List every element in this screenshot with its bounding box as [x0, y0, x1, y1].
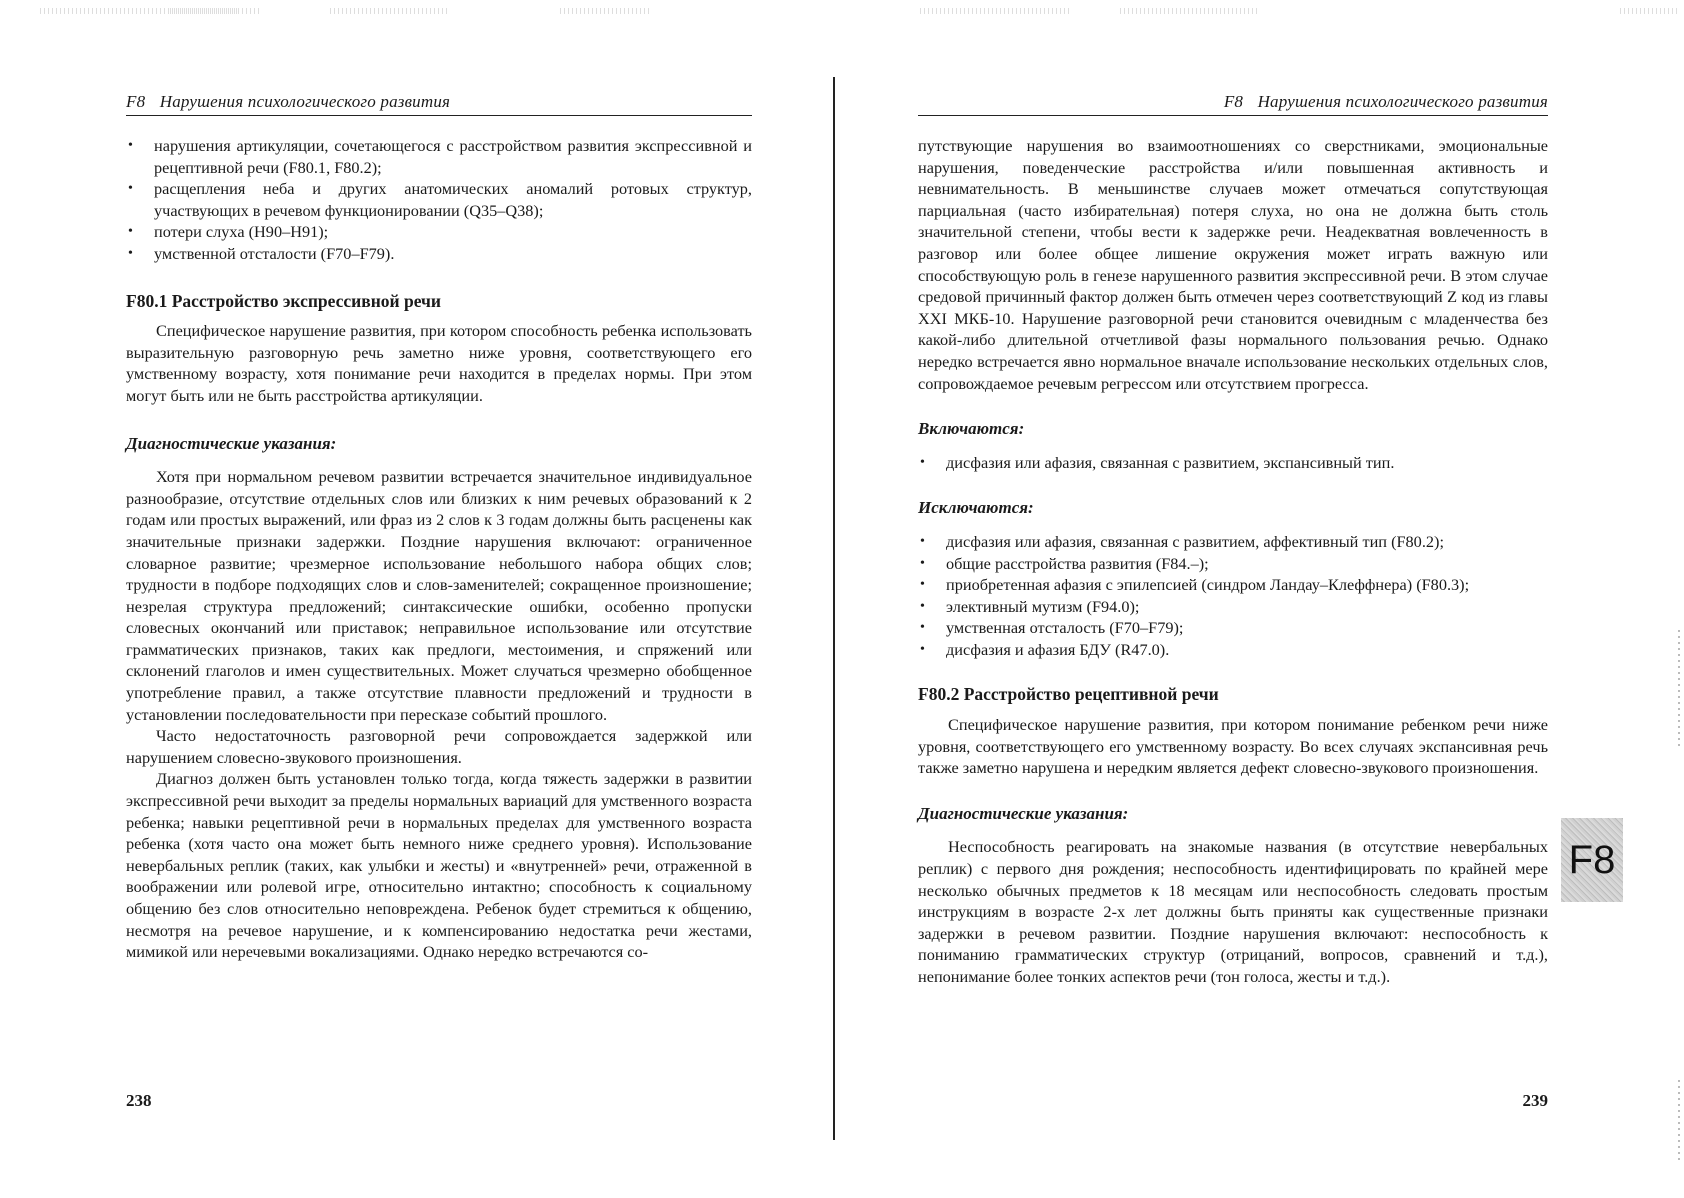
diagnostic-heading: Диагностические указания: — [126, 433, 752, 455]
scan-noise — [1120, 8, 1260, 14]
chapter-thumb-tab: F8 — [1561, 818, 1623, 902]
page-number: 238 — [126, 1091, 152, 1111]
list-item: общие расстройства развития (F84.–); — [918, 553, 1548, 575]
scan-noise — [170, 8, 260, 14]
section-heading-f80-1: F80.1 Расстройство экспрессивной речи — [126, 291, 752, 313]
chapter-title: Нарушения психологического развития — [1258, 92, 1548, 111]
list-item: потери слуха (H90–H91); — [126, 221, 752, 243]
running-head: F8 Нарушения психологического развития — [126, 92, 752, 116]
diagnostic-paragraph: Диагноз должен быть установлен только то… — [126, 768, 752, 962]
list-item: дисфазия или афазия, связанная с развити… — [918, 531, 1548, 553]
diagnostic-heading: Диагностические указания: — [918, 803, 1548, 825]
list-item: элективный мутизм (F94.0); — [918, 596, 1548, 618]
page-edge — [1678, 630, 1680, 750]
section-paragraph: Специфическое нарушение развития, при ко… — [126, 320, 752, 406]
scan-noise — [560, 8, 650, 14]
scan-noise — [920, 8, 1070, 14]
list-item: расщепления неба и других анатомических … — [126, 178, 752, 221]
book-spine-gutter — [833, 77, 835, 1140]
page-edge — [1678, 1080, 1680, 1160]
chapter-title: Нарушения психологического развития — [160, 92, 450, 111]
running-head: F8 Нарушения психологического развития — [918, 92, 1548, 116]
section-heading-f80-2: F80.2 Расстройство рецептивной речи — [918, 684, 1548, 706]
list-item: приобретенная афазия с эпилепсией (синдр… — [918, 574, 1548, 596]
intro-bullet-list: нарушения артикуляции, сочетающегося с р… — [126, 135, 752, 265]
section-paragraph: Специфическое нарушение развития, при ко… — [918, 714, 1548, 779]
chapter-code: F8 — [1224, 92, 1243, 111]
list-item: умственная отсталость (F70–F79); — [918, 617, 1548, 639]
includes-heading: Включаются: — [918, 418, 1548, 440]
diagnostic-paragraph: Часто недостаточность разговорной речи с… — [126, 725, 752, 768]
page-number: 239 — [1523, 1091, 1549, 1111]
list-item: нарушения артикуляции, сочетающегося с р… — [126, 135, 752, 178]
diagnostic-paragraph: Хотя при нормальном речевом развитии вст… — [126, 466, 752, 725]
page-content: путствующие нарушения во взаимоотношения… — [918, 135, 1548, 988]
list-item: дисфазия и афазия БДУ (R47.0). — [918, 639, 1548, 661]
excludes-heading: Исключаются: — [918, 497, 1548, 519]
scan-noise — [1620, 8, 1680, 14]
scan-noise — [330, 8, 450, 14]
chapter-code: F8 — [126, 92, 145, 111]
diagnostic-paragraph: Неспособность реагировать на знакомые на… — [918, 836, 1548, 987]
list-item: умственной отсталости (F70–F79). — [126, 243, 752, 265]
page-content: нарушения артикуляции, сочетающегося с р… — [126, 135, 752, 963]
list-item: дисфазия или афазия, связанная с развити… — [918, 452, 1548, 474]
continued-paragraph: путствующие нарушения во взаимоотношения… — [918, 135, 1548, 394]
includes-list: дисфазия или афазия, связанная с развити… — [918, 452, 1548, 474]
excludes-list: дисфазия или афазия, связанная с развити… — [918, 531, 1548, 661]
